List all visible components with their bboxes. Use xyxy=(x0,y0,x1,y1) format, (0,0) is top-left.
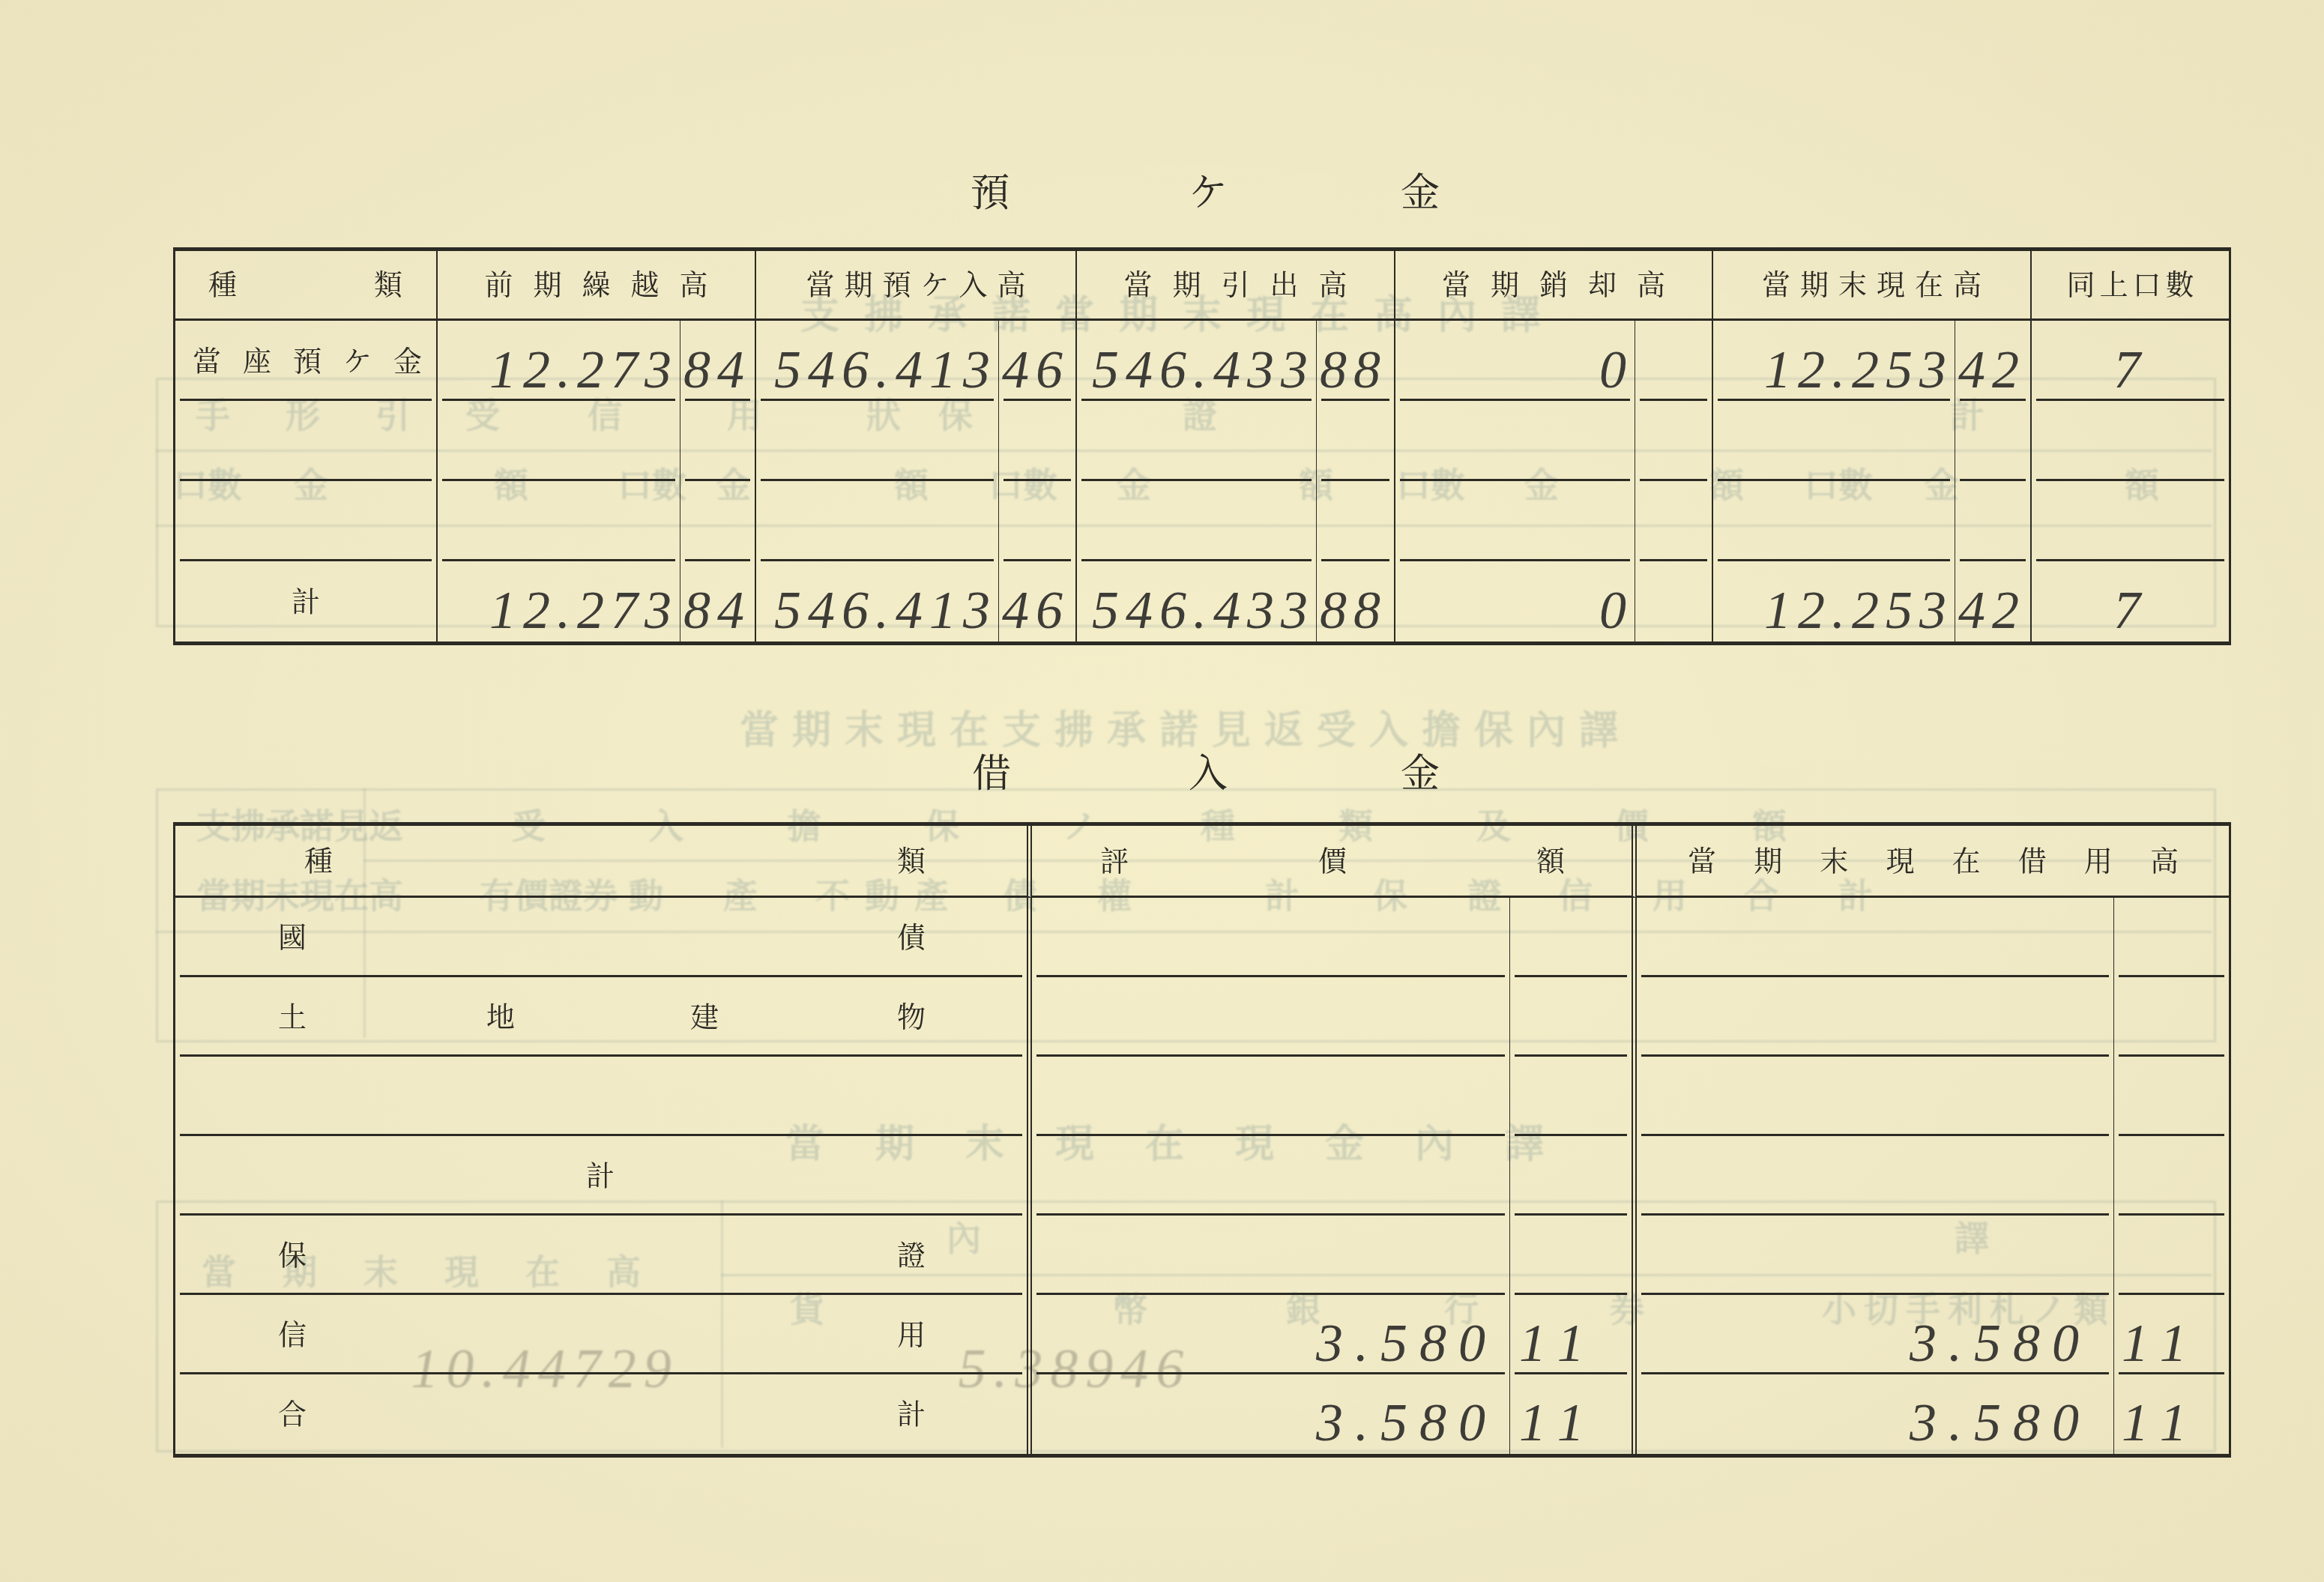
ending-borrowed-yen xyxy=(1637,1136,2114,1216)
header-char: 期 xyxy=(1754,847,1782,875)
valuation-sen xyxy=(1510,1136,1637,1216)
ending-borrowed-sen xyxy=(2114,1216,2229,1295)
deposits-table: 種 類 前期繰越高 當期預ケ入高 當期引出高 當期銷却高 當期末現在高 同上口數… xyxy=(173,247,2231,645)
ledger-page: 支拂承諾當期末現在高內譯 當期末現在支拂承諾見返受入擔保內譯 當期末現在現金內譯… xyxy=(0,0,2324,1582)
accounts-count xyxy=(2032,481,2229,561)
header-char: 末 xyxy=(1820,847,1848,875)
header-accounts: 同上口數 xyxy=(2032,251,2229,321)
ending-borrowed-yen: 3.580 xyxy=(1637,1295,2114,1374)
total-row-label: 計 xyxy=(175,561,438,641)
withdrawn-yen: 546.433 xyxy=(1077,321,1317,401)
deposited-yen: 546.413 xyxy=(756,321,999,401)
borrowings-title-char: 入 xyxy=(1189,755,1228,794)
header-valuation: 評 價 額 xyxy=(1032,826,1637,898)
valuation-sen xyxy=(1510,1057,1637,1136)
header-type-char: 種 xyxy=(304,847,333,875)
valuation-yen xyxy=(1032,1057,1510,1136)
row-label: 保 證 xyxy=(175,1216,1032,1295)
header-char: 價 xyxy=(1318,847,1347,875)
valuation-yen xyxy=(1032,977,1510,1057)
borrowings-title-char: 借 xyxy=(972,755,1011,794)
ending-borrowed-yen xyxy=(1637,977,2114,1057)
header-type-char: 種 xyxy=(208,271,237,299)
deposited-sen xyxy=(999,481,1077,561)
ending-balance-sen xyxy=(1955,481,2032,561)
header-type-char: 類 xyxy=(374,271,402,299)
subtotal-row-label: 計 xyxy=(175,1136,1032,1216)
withdrawn-sen xyxy=(1317,401,1395,481)
accounts-count: 7 xyxy=(2032,321,2229,401)
written-off-sen xyxy=(1635,401,1713,481)
header-label: 當期銷却高 xyxy=(1442,271,1685,299)
total-row-label: 合 計 xyxy=(175,1374,1032,1454)
header-type: 種 類 xyxy=(175,251,438,321)
withdrawn-sen: 88 xyxy=(1317,321,1395,401)
row-label xyxy=(175,481,438,561)
total-deposited-yen: 546.413 xyxy=(756,561,999,641)
prev-balance-sen: 84 xyxy=(680,321,756,401)
withdrawn-yen xyxy=(1077,481,1317,561)
header-char: 額 xyxy=(1536,847,1565,875)
header-label: 當期末現在高 xyxy=(1762,271,1991,299)
accounts-count xyxy=(2032,401,2229,481)
row-label: 土 地 建 物 xyxy=(175,977,1032,1057)
valuation-yen xyxy=(1032,1216,1510,1295)
deposited-yen xyxy=(756,481,999,561)
header-written-off: 當期銷却高 xyxy=(1395,251,1713,321)
ending-balance-yen xyxy=(1713,401,1955,481)
ending-borrowed-yen xyxy=(1637,898,2114,977)
prev-balance-yen xyxy=(438,401,680,481)
written-off-yen: 0 xyxy=(1395,321,1635,401)
prev-balance-sen xyxy=(680,481,756,561)
total-ending-balance-yen: 12.253 xyxy=(1713,561,1955,641)
ending-balance-sen xyxy=(1955,401,2032,481)
total-ending-balance-sen: 42 xyxy=(1955,561,2032,641)
header-label: 前期繰越高 xyxy=(484,271,728,299)
deposits-title-char: 預 xyxy=(971,174,1009,213)
row-label: 國 債 xyxy=(175,898,1032,977)
valuation-yen xyxy=(1032,1136,1510,1216)
row-label: 當座預ケ金 xyxy=(175,321,438,401)
valuation-yen: 3.580 xyxy=(1032,1295,1510,1374)
withdrawn-yen xyxy=(1077,401,1317,481)
deposits-title-char: 金 xyxy=(1401,174,1440,213)
total-prev-balance-yen: 12.273 xyxy=(438,561,680,641)
header-label: 同上口數 xyxy=(2066,271,2198,299)
header-char: 高 xyxy=(2150,847,2179,875)
ending-borrowed-yen xyxy=(1637,1057,2114,1136)
ending-borrowed-sen xyxy=(2114,898,2229,977)
row-label: 信 用 xyxy=(175,1295,1032,1374)
ending-borrowed-sen: 11 xyxy=(2114,1295,2229,1374)
header-ending-balance: 當期末現在高 xyxy=(1713,251,2032,321)
deposited-sen: 46 xyxy=(999,321,1077,401)
total-deposited-sen: 46 xyxy=(999,561,1077,641)
total-written-off-sen xyxy=(1635,561,1713,641)
header-char: 用 xyxy=(2084,847,2113,875)
total-withdrawn-sen: 88 xyxy=(1317,561,1395,641)
borrowings-table: 種 類 評 價 額 當 期 末 現 在 借 用 高 國 債 土 xyxy=(173,822,2231,1458)
deposits-title-char: ケ xyxy=(1189,174,1228,213)
ghost-heading: 當期末現在支拂承諾見返受入擔保內譯 xyxy=(740,711,1632,750)
header-label: 當期引出高 xyxy=(1123,271,1367,299)
header-prev-balance: 前期繰越高 xyxy=(438,251,756,321)
prev-balance-yen: 12.273 xyxy=(438,321,680,401)
valuation-sen xyxy=(1510,977,1637,1057)
total-ending-borrowed-sen: 11 xyxy=(2114,1374,2229,1454)
total-written-off-yen: 0 xyxy=(1395,561,1635,641)
ending-borrowed-sen xyxy=(2114,1136,2229,1216)
header-label: 當期預ケ入高 xyxy=(806,271,1035,299)
row-label xyxy=(175,1057,1032,1136)
ending-borrowed-sen xyxy=(2114,1057,2229,1136)
valuation-sen xyxy=(1510,898,1637,977)
deposited-yen xyxy=(756,401,999,481)
ending-balance-yen xyxy=(1713,481,1955,561)
written-off-yen xyxy=(1395,481,1635,561)
header-char: 借 xyxy=(2018,847,2047,875)
written-off-yen xyxy=(1395,401,1635,481)
total-accounts-count: 7 xyxy=(2032,561,2229,641)
withdrawn-sen xyxy=(1317,481,1395,561)
written-off-sen xyxy=(1635,481,1713,561)
ending-balance-sen: 42 xyxy=(1955,321,2032,401)
written-off-sen xyxy=(1635,321,1713,401)
prev-balance-sen xyxy=(680,401,756,481)
ending-borrowed-sen xyxy=(2114,977,2229,1057)
header-withdrawn: 當期引出高 xyxy=(1077,251,1395,321)
ending-borrowed-yen xyxy=(1637,1216,2114,1295)
row-label xyxy=(175,401,438,481)
prev-balance-yen xyxy=(438,481,680,561)
header-type-char: 類 xyxy=(897,847,926,875)
borrowings-title-char: 金 xyxy=(1401,755,1440,794)
header-char: 在 xyxy=(1952,847,1981,875)
total-valuation-yen: 3.580 xyxy=(1032,1374,1510,1454)
header-deposited: 當期預ケ入高 xyxy=(756,251,1077,321)
valuation-sen: 11 xyxy=(1510,1295,1637,1374)
header-char: 當 xyxy=(1688,847,1716,875)
header-char: 評 xyxy=(1100,847,1129,875)
total-prev-balance-sen: 84 xyxy=(680,561,756,641)
header-type: 種 類 xyxy=(175,826,1032,898)
total-withdrawn-yen: 546.433 xyxy=(1077,561,1317,641)
valuation-yen xyxy=(1032,898,1510,977)
ending-balance-yen: 12.253 xyxy=(1713,321,1955,401)
total-valuation-sen: 11 xyxy=(1510,1374,1637,1454)
deposited-sen xyxy=(999,401,1077,481)
total-ending-borrowed-yen: 3.580 xyxy=(1637,1374,2114,1454)
valuation-sen xyxy=(1510,1216,1637,1295)
header-ending-borrowed: 當 期 末 現 在 借 用 高 xyxy=(1637,826,2229,898)
header-char: 現 xyxy=(1886,847,1914,875)
